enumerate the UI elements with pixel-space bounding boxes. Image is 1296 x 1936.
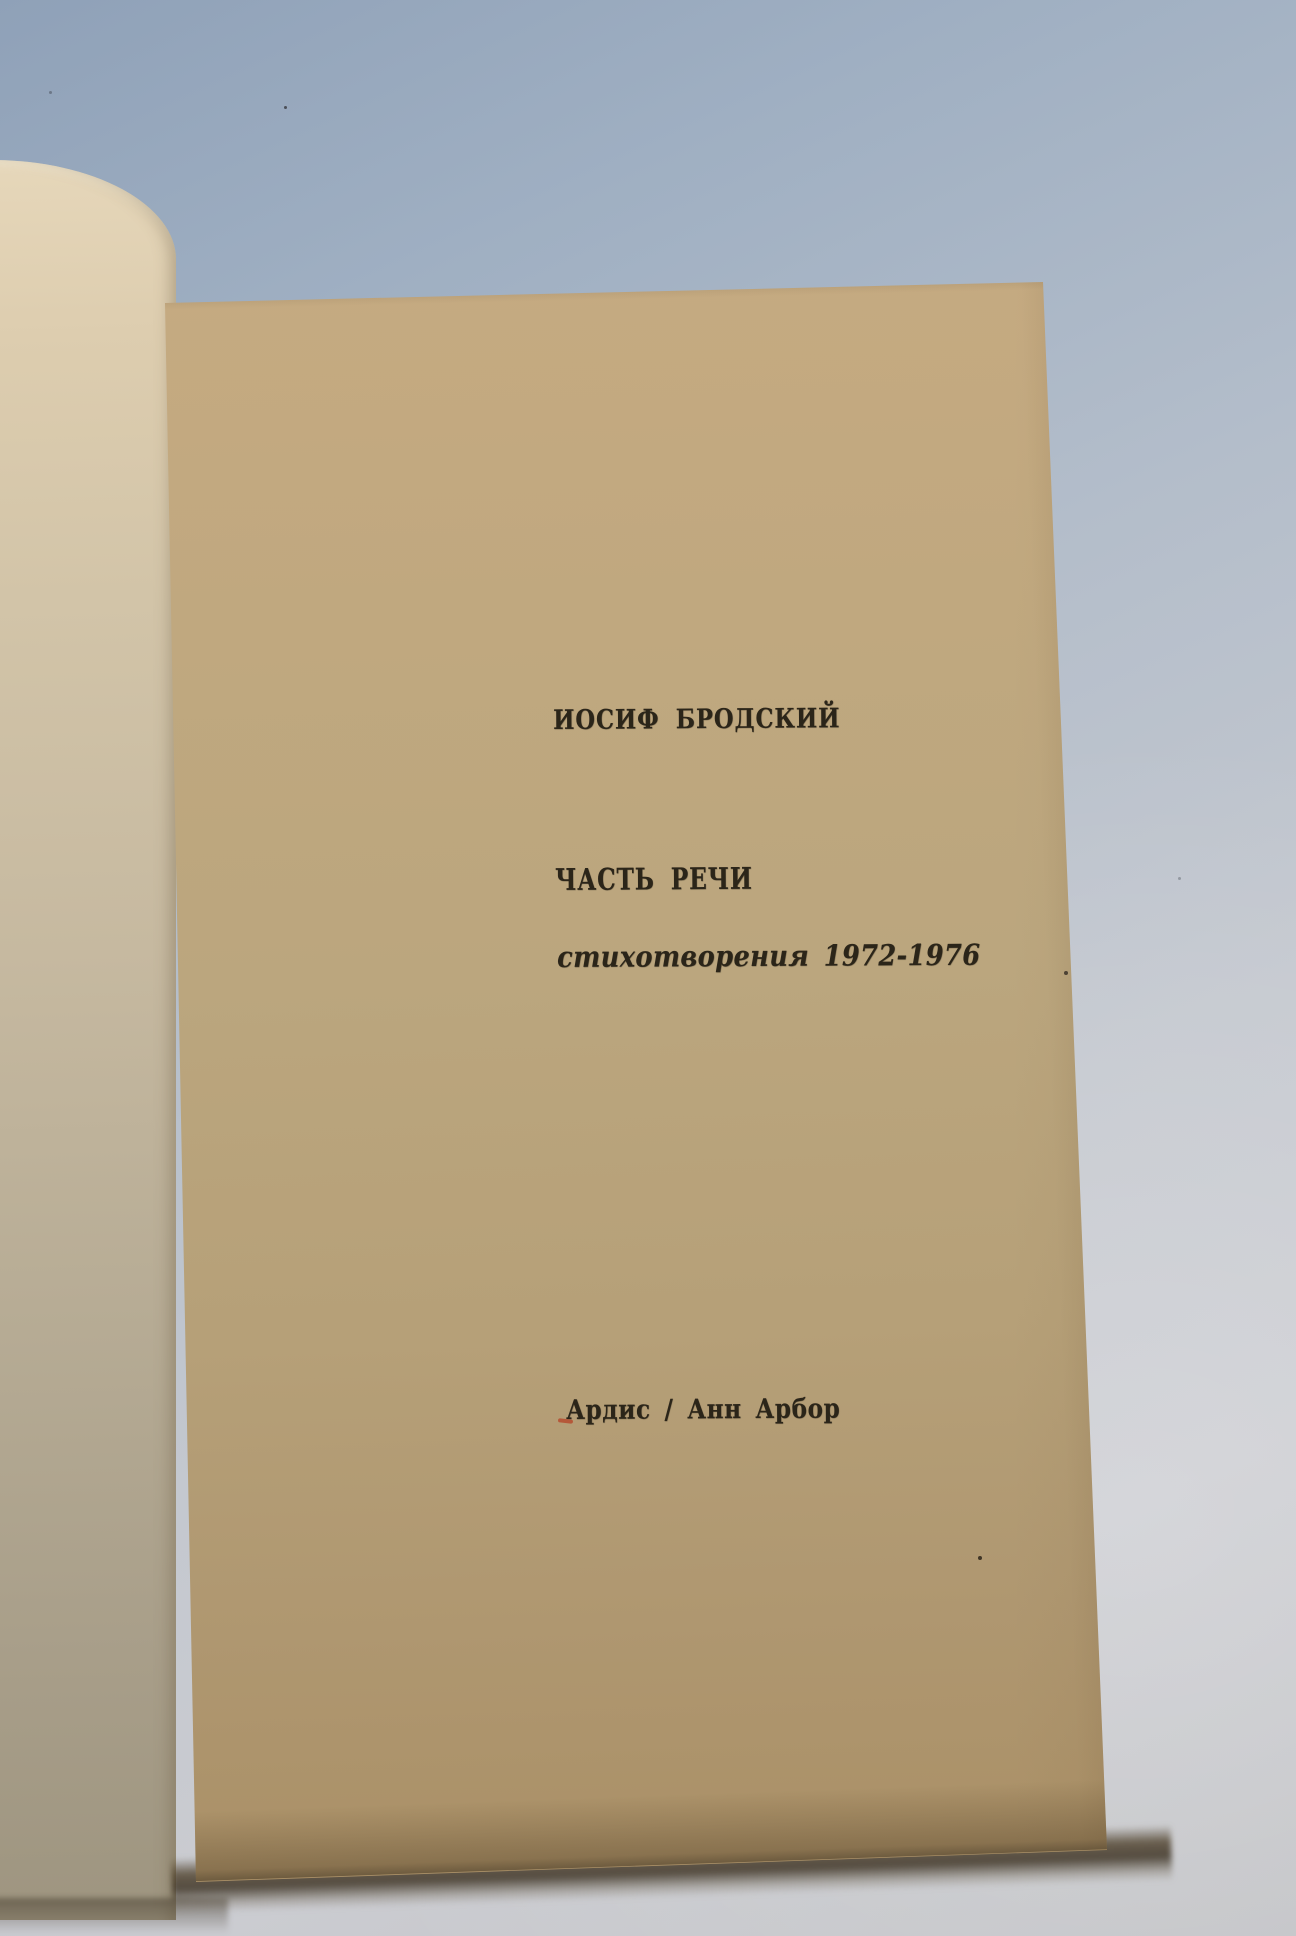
left-page-stack: [0, 160, 176, 1920]
dust-speck: [49, 91, 52, 94]
page-top-edge-shading: [150, 254, 1121, 310]
dust-speck: [284, 106, 287, 109]
book-title-line: ЧАСТЬ РЕЧИ: [555, 865, 753, 896]
dust-speck: [1064, 971, 1068, 975]
red-ink-mark: [558, 1418, 573, 1424]
subtitle-line: стихотворения 1972-1976: [557, 941, 980, 972]
page-right-edge-shading: [1020, 278, 1170, 1855]
title-page: ИОСИФ БРОДСКИЙ ЧАСТЬ РЕЧИ стихотворения …: [0, 0, 1296, 1936]
dust-speck: [978, 1556, 982, 1560]
book-photo: ИОСИФ БРОДСКИЙ ЧАСТЬ РЕЧИ стихотворения …: [0, 0, 1296, 1936]
imprint-line: Ардис / Анн Арбор: [566, 1396, 840, 1424]
author-line: ИОСИФ БРОДСКИЙ: [553, 705, 840, 734]
dust-speck: [1178, 877, 1181, 880]
